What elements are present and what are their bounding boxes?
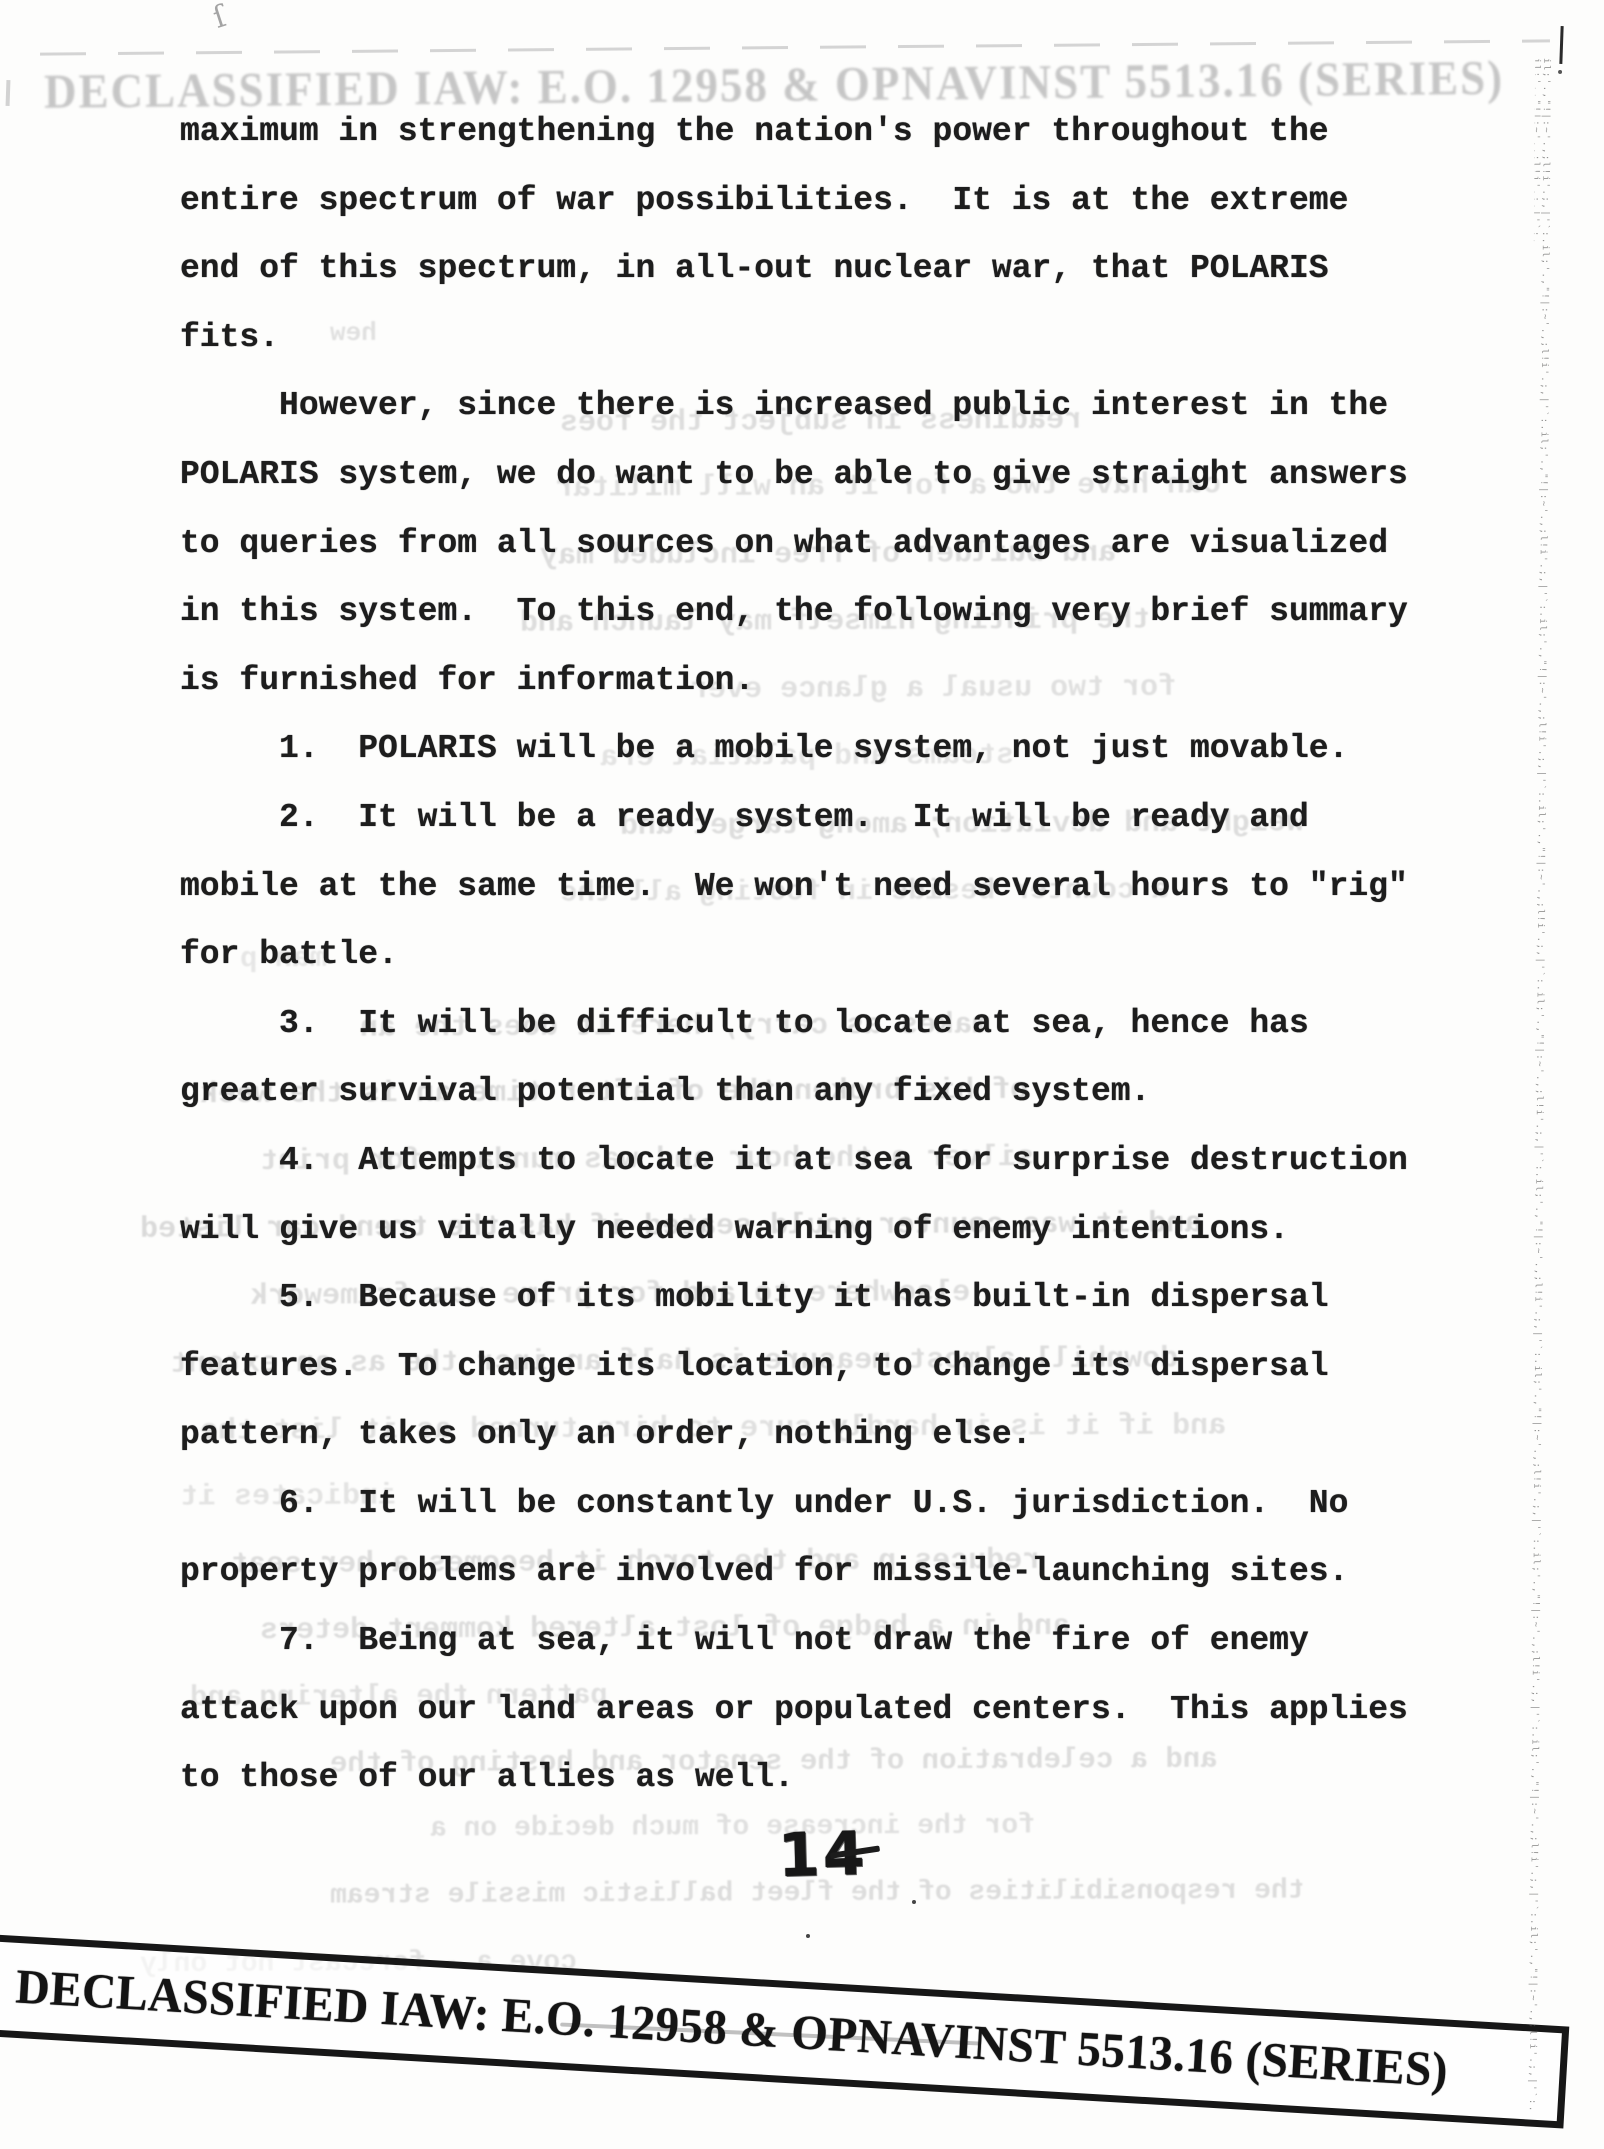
text-line: 3. It will be difficult to locate at sea… bbox=[180, 990, 1408, 1059]
text-line: to those of our allies as well. bbox=[180, 1744, 1408, 1813]
text-line: POLARIS system, we do want to be able to… bbox=[180, 441, 1408, 510]
text-line: 7. Being at sea, it will not draw the fi… bbox=[180, 1607, 1408, 1676]
declassification-stamp: DECLASSIFIED IAW: E.O. 12958 & OPNAVINST… bbox=[0, 1934, 1569, 2129]
bleedthrough-line: for the increase of much decide on a bbox=[430, 1810, 1035, 1844]
text-line: entire spectrum of war possibilities. It… bbox=[180, 167, 1408, 236]
text-line: fits. bbox=[180, 304, 1408, 373]
text-line: 2. It will be a ready system. It will be… bbox=[180, 784, 1408, 853]
text-line: 5. Because of its mobility it has built-… bbox=[180, 1264, 1408, 1333]
pencil-mark: ſ bbox=[209, 0, 230, 36]
text-line: property problems are involved for missi… bbox=[180, 1538, 1408, 1607]
text-line: end of this spectrum, in all-out nuclear… bbox=[180, 235, 1408, 304]
text-line: will give us vitally needed warning of e… bbox=[180, 1196, 1408, 1265]
text-line: for battle. bbox=[180, 921, 1408, 990]
text-line: attack upon our land areas or populated … bbox=[180, 1676, 1408, 1745]
text-line: However, since there is increased public… bbox=[180, 372, 1408, 441]
text-line: features. To change its location, to cha… bbox=[180, 1333, 1408, 1402]
text-line: 4. Attempts to locate it at sea for surp… bbox=[180, 1127, 1408, 1196]
text-line: 6. It will be constantly under U.S. juri… bbox=[180, 1470, 1408, 1539]
bleedthrough-stamp-edge bbox=[6, 80, 11, 106]
text-line: 1. POLARIS will be a mobile system, not … bbox=[180, 715, 1408, 784]
declassification-stamp-text: DECLASSIFIED IAW: E.O. 12958 & OPNAVINST… bbox=[0, 1957, 1450, 2098]
scan-speck bbox=[806, 1934, 810, 1938]
text-line: greater survival potential than any fixe… bbox=[180, 1058, 1408, 1127]
page-number: 14 bbox=[777, 1819, 868, 1891]
text-line: is furnished for information. bbox=[180, 647, 1408, 716]
text-line: maximum in strengthening the nation's po… bbox=[180, 98, 1408, 167]
scan-speck bbox=[912, 1900, 916, 1904]
text-line: pattern, takes only an order, nothing el… bbox=[180, 1401, 1408, 1470]
text-line: in this system. To this end, the followi… bbox=[180, 578, 1408, 647]
text-line: to queries from all sources on what adva… bbox=[180, 510, 1408, 579]
typewritten-text: maximum in strengthening the nation's po… bbox=[180, 98, 1408, 1813]
scan-edge-artifact: il;'.,"!|:~'.,;l!i'.;,|'`:.il;'.,"!|:~'.… bbox=[1521, 58, 1551, 2118]
document-page: DECLASSIFIED IAW: E.O. 12958 & OPNAVINST… bbox=[0, 0, 1604, 2149]
text-line: mobile at the same time. We won't need s… bbox=[180, 853, 1408, 922]
